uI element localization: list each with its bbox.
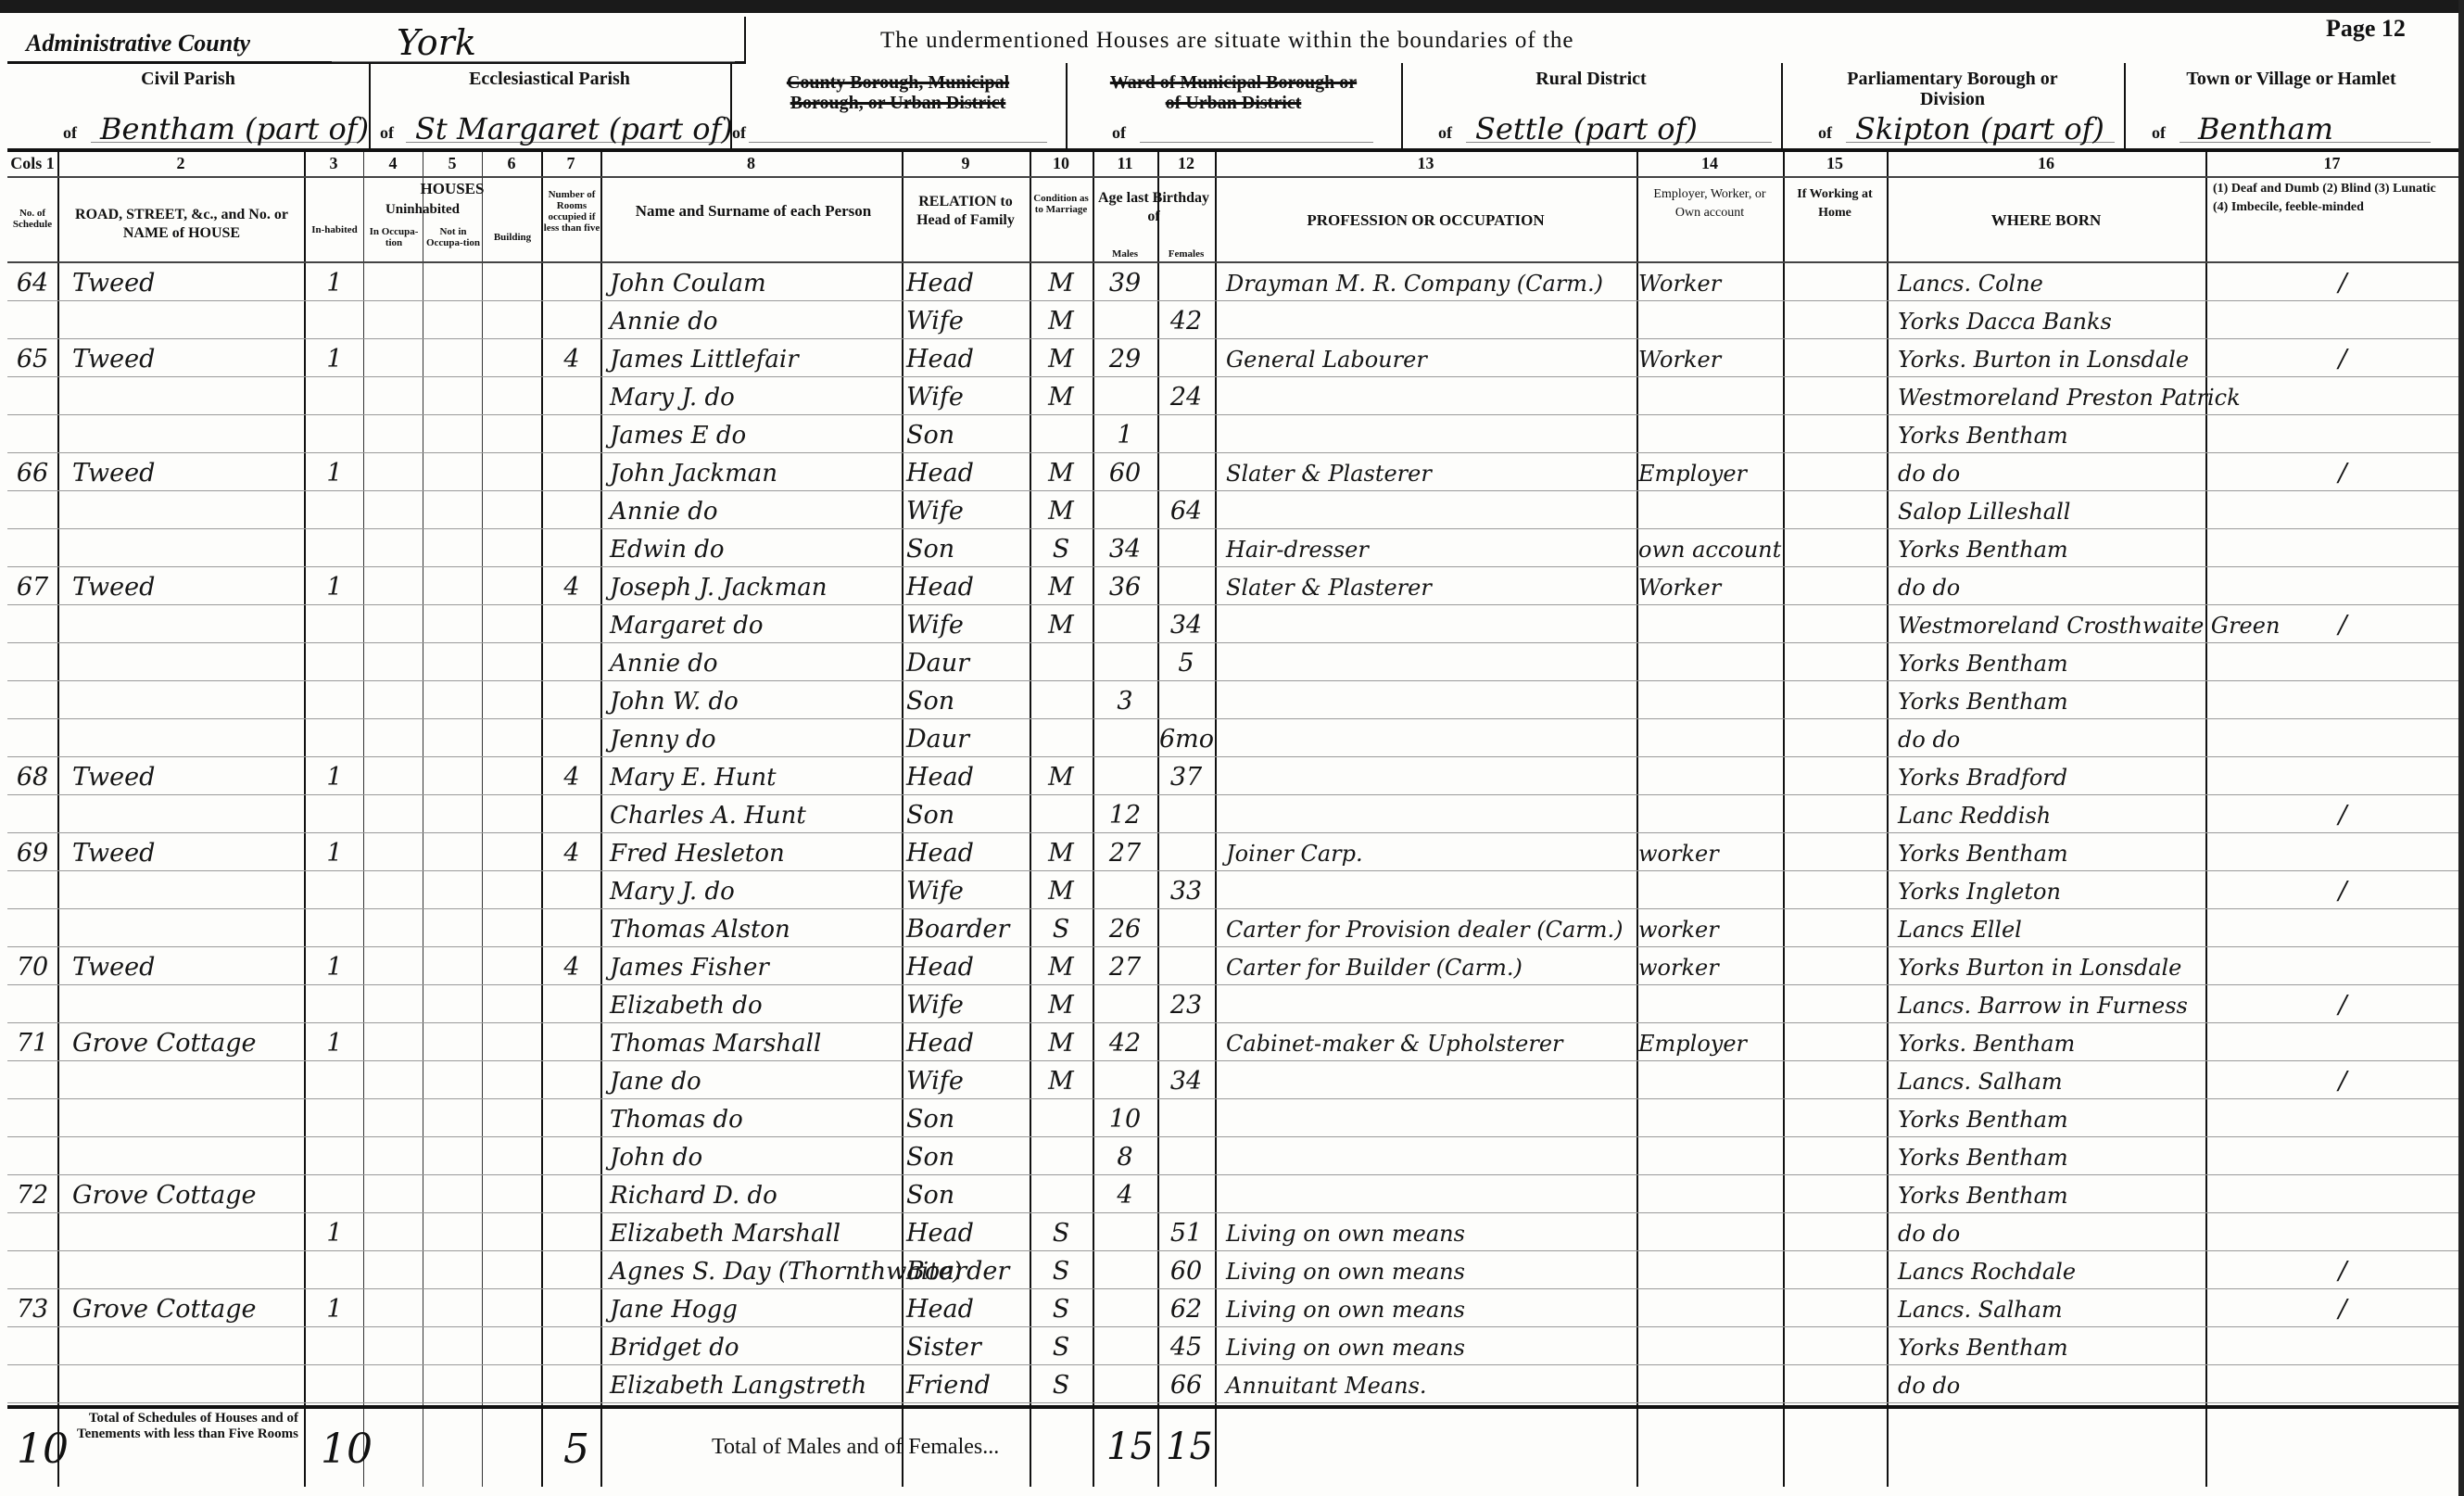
cell-born: Yorks Dacca Banks [1898, 301, 2204, 338]
cell-occupation [1226, 605, 1634, 642]
hdr-not-in-occupation: Not in Occupa-tion [424, 226, 482, 248]
cell-inhabited: 1 [306, 263, 363, 300]
cell-relation: Son [906, 1099, 1027, 1136]
cell-road: Tweed [72, 339, 304, 376]
table-row: 73Grove Cottage1Jane HoggHeadS62Living o… [7, 1289, 2458, 1327]
cell-rooms [543, 909, 600, 946]
cell-male-age [1094, 871, 1156, 908]
cell-occupation [1226, 985, 1634, 1022]
cell-schedule [9, 301, 56, 338]
cell-inhabited [306, 719, 363, 756]
cell-female-age: 64 [1159, 491, 1213, 528]
cell-inhabited: 1 [306, 453, 363, 490]
table-row: Jenny doDaur6modo do [7, 719, 2458, 757]
cell-condition: S [1031, 1213, 1091, 1250]
boundary-notice: The undermentioned Houses are situate wi… [880, 28, 1573, 54]
table-row: Annie doWifeM42Yorks Dacca Banks [7, 301, 2458, 339]
cell-employment [1638, 301, 1783, 338]
cell-name: Jane Hogg [610, 1289, 906, 1326]
cell-inhabited [306, 1365, 363, 1402]
cell-name: Agnes S. Day (Thornthwaite) [610, 1251, 906, 1288]
cell-rooms [543, 377, 600, 414]
cell-condition [1031, 1137, 1091, 1174]
cell-born: Yorks Bradford [1898, 757, 2204, 794]
cell-infirmity [2250, 377, 2435, 414]
table-row: Thomas doSon10Yorks Bentham [7, 1099, 2458, 1137]
of-label: of [1438, 123, 1452, 143]
table-row: Elizabeth LangstrethFriendS66Annuitant M… [7, 1365, 2458, 1403]
cell-road [72, 1061, 304, 1098]
cell-infirmity: / [2250, 605, 2435, 642]
cell-road [72, 643, 304, 680]
county-label: Administrative County [26, 30, 250, 57]
totals-row: 10 Total of Schedules of Houses and of T… [7, 1405, 2458, 1490]
cell-female-age [1159, 263, 1213, 300]
hdr-schedule: No. of Schedule [7, 208, 57, 230]
cell-schedule [9, 719, 56, 756]
hdr-employment: Employer, Worker, or Own account [1648, 185, 1772, 222]
area-rural-district: Rural District of Settle (part of) [1401, 63, 1783, 148]
area-title: Ecclesiastical Parish [369, 69, 730, 89]
cell-road: Tweed [72, 947, 304, 984]
hdr-age: Age last Birthday of [1093, 189, 1215, 226]
cell-road: Tweed [72, 263, 304, 300]
cell-male-age: 39 [1094, 263, 1156, 300]
cell-male-age [1094, 1327, 1156, 1364]
area-title-struck: County Borough, Municipal Borough, or Ur… [749, 72, 1047, 113]
cell-born: do do [1898, 1365, 2204, 1402]
cell-male-age: 42 [1094, 1023, 1156, 1060]
hdr-occupation: PROFESSION OR OCCUPATION [1215, 211, 1636, 230]
cell-relation: Head [906, 567, 1027, 604]
cell-relation: Wife [906, 491, 1027, 528]
cell-occupation: General Labourer [1226, 339, 1634, 376]
cell-name: Thomas do [610, 1099, 906, 1136]
cell-schedule [9, 795, 56, 832]
area-title-struck: Ward of Municipal Borough or of Urban Di… [1103, 72, 1364, 113]
cell-rooms [543, 453, 600, 490]
cell-name: Annie do [610, 643, 906, 680]
hdr-road: ROAD, STREET, &c., and No. or NAME of HO… [61, 206, 302, 243]
cell-infirmity [2250, 947, 2435, 984]
col-number: 17 [2205, 154, 2458, 173]
cell-employment [1638, 985, 1783, 1022]
cell-condition: M [1031, 301, 1091, 338]
cell-employment [1638, 795, 1783, 832]
cell-relation: Son [906, 415, 1027, 452]
cell-name: Bridget do [610, 1327, 906, 1364]
hdr-building: Building [484, 232, 541, 243]
cell-female-age [1159, 833, 1213, 870]
cell-employment [1638, 377, 1783, 414]
cell-road: Tweed [72, 567, 304, 604]
cell-employment [1638, 491, 1783, 528]
cell-employment: Worker [1638, 263, 1783, 300]
cell-inhabited [306, 1175, 363, 1212]
cell-rooms: 4 [543, 757, 600, 794]
cell-employment [1638, 1251, 1783, 1288]
cell-condition [1031, 415, 1091, 452]
cell-name: Edwin do [610, 529, 906, 566]
cell-inhabited [306, 1137, 363, 1174]
cell-rooms [543, 1023, 600, 1060]
cell-name: John Jackman [610, 453, 906, 490]
cell-male-age: 26 [1094, 909, 1156, 946]
cell-occupation: Slater & Plasterer [1226, 453, 1634, 490]
cell-relation: Friend [906, 1365, 1027, 1402]
area-county-borough: County Borough, Municipal Borough, or Ur… [730, 63, 1068, 148]
cell-relation: Head [906, 263, 1027, 300]
cell-female-age: 34 [1159, 1061, 1213, 1098]
hdr-uninhabited: Uninhabited [363, 200, 482, 219]
cell-infirmity: / [2250, 985, 2435, 1022]
cell-female-age: 45 [1159, 1327, 1213, 1364]
cell-rooms [543, 681, 600, 718]
cell-occupation [1226, 1137, 1634, 1174]
cell-female-age: 33 [1159, 871, 1213, 908]
cell-infirmity: / [2250, 453, 2435, 490]
cell-occupation [1226, 1175, 1634, 1212]
cell-occupation [1226, 795, 1634, 832]
cell-name: James Fisher [610, 947, 906, 984]
cell-born: Lancs Ellel [1898, 909, 2204, 946]
cell-road: Grove Cottage [72, 1289, 304, 1326]
cell-occupation [1226, 871, 1634, 908]
cell-rooms [543, 871, 600, 908]
cell-rooms [543, 491, 600, 528]
cell-male-age: 4 [1094, 1175, 1156, 1212]
cell-infirmity [2250, 1327, 2435, 1364]
cell-condition: M [1031, 833, 1091, 870]
cell-name: Richard D. do [610, 1175, 906, 1212]
cell-born: do do [1898, 453, 2204, 490]
cell-employment [1638, 1365, 1783, 1402]
area-value: Skipton (part of) [1855, 111, 2104, 146]
cell-occupation: Living on own means [1226, 1289, 1634, 1326]
table-row: 67Tweed14Joseph J. JackmanHeadM36Slater … [7, 567, 2458, 605]
cell-female-age [1159, 1023, 1213, 1060]
cell-condition: M [1031, 491, 1091, 528]
col-number: 6 [482, 154, 541, 173]
cell-rooms [543, 1289, 600, 1326]
cell-male-age [1094, 643, 1156, 680]
cell-condition: M [1031, 985, 1091, 1022]
cell-male-age [1094, 1251, 1156, 1288]
hdr-infirmity: (1) Deaf and Dumb (2) Blind (3) Lunatic … [2213, 180, 2454, 217]
area-ecclesiastical-parish: Ecclesiastical Parish of St Margaret (pa… [369, 63, 732, 148]
of-label: of [732, 123, 746, 143]
cell-condition [1031, 795, 1091, 832]
cell-employment [1638, 871, 1783, 908]
cell-name: James E do [610, 415, 906, 452]
cell-condition [1031, 643, 1091, 680]
cell-employment [1638, 1099, 1783, 1136]
cell-infirmity [2250, 833, 2435, 870]
cell-road [72, 985, 304, 1022]
table-row: Edwin doSonS34Hair-dresserown accountYor… [7, 529, 2458, 567]
col-number: 14 [1636, 154, 1783, 173]
cell-road [72, 491, 304, 528]
page-number: Page 12 [2326, 15, 2406, 43]
cell-inhabited: 1 [306, 833, 363, 870]
cell-inhabited [306, 643, 363, 680]
table-row: Thomas AlstonBoarderS26Carter for Provis… [7, 909, 2458, 947]
total-houses: 10 [321, 1426, 373, 1473]
cell-relation: Wife [906, 377, 1027, 414]
cell-born: Yorks Bentham [1898, 681, 2204, 718]
cell-condition [1031, 719, 1091, 756]
col-number: 3 [304, 154, 363, 173]
cell-male-age: 27 [1094, 947, 1156, 984]
cell-born: Salop Lilleshall [1898, 491, 2204, 528]
cell-name: John do [610, 1137, 906, 1174]
cell-schedule [9, 871, 56, 908]
cell-male-age [1094, 1289, 1156, 1326]
cell-inhabited [306, 415, 363, 452]
cell-name: Jenny do [610, 719, 906, 756]
cell-employment [1638, 1327, 1783, 1364]
cell-schedule [9, 377, 56, 414]
cell-inhabited: 1 [306, 757, 363, 794]
cell-occupation: Annuitant Means. [1226, 1365, 1634, 1402]
cell-employment [1638, 1289, 1783, 1326]
cell-born: Yorks. Bentham [1898, 1023, 2204, 1060]
page-top-border [0, 0, 2464, 13]
cell-schedule [9, 681, 56, 718]
page-right-border [2458, 0, 2464, 1496]
cell-road: Tweed [72, 833, 304, 870]
cell-inhabited: 1 [306, 339, 363, 376]
cell-employment: own account [1638, 529, 1783, 566]
cell-rooms [543, 1251, 600, 1288]
cell-employment: Worker [1638, 339, 1783, 376]
cell-employment: worker [1638, 947, 1783, 984]
cell-male-age: 34 [1094, 529, 1156, 566]
cell-inhabited: 1 [306, 1213, 363, 1250]
cell-born: Yorks Bentham [1898, 643, 2204, 680]
cell-relation: Son [906, 1137, 1027, 1174]
hdr-where-born: WHERE BORN [1887, 211, 2205, 230]
col-number: 10 [1030, 154, 1093, 173]
cell-infirmity [2250, 567, 2435, 604]
cell-born: Yorks Ingleton [1898, 871, 2204, 908]
cell-road: Grove Cottage [72, 1175, 304, 1212]
table-row: 70Tweed14James FisherHeadM27Carter for B… [7, 947, 2458, 985]
cell-schedule [9, 1213, 56, 1250]
cell-male-age [1094, 605, 1156, 642]
cell-male-age [1094, 1365, 1156, 1402]
cell-inhabited [306, 795, 363, 832]
cell-condition: M [1031, 947, 1091, 984]
cell-condition: M [1031, 567, 1091, 604]
cell-name: Thomas Alston [610, 909, 906, 946]
area-value: Bentham (part of) [100, 111, 369, 146]
cell-schedule: 72 [9, 1175, 56, 1212]
cell-condition: M [1031, 453, 1091, 490]
cell-infirmity: / [2250, 1289, 2435, 1326]
cell-born: Yorks Bentham [1898, 1327, 2204, 1364]
cell-rooms: 4 [543, 833, 600, 870]
cell-occupation: Slater & Plasterer [1226, 567, 1634, 604]
table-row: 68Tweed14Mary E. HuntHeadM37Yorks Bradfo… [7, 757, 2458, 795]
cell-female-age [1159, 453, 1213, 490]
cell-relation: Head [906, 1023, 1027, 1060]
col-number: 12 [1157, 154, 1215, 173]
hdr-at-home: If Working at Home [1787, 185, 1883, 222]
cell-rooms [543, 529, 600, 566]
column-number-rule [7, 176, 2458, 178]
cell-relation: Daur [906, 719, 1027, 756]
cell-female-age [1159, 339, 1213, 376]
table-row: 72Grove CottageRichard D. doSon4Yorks Be… [7, 1175, 2458, 1213]
cell-schedule [9, 529, 56, 566]
cell-occupation [1226, 415, 1634, 452]
cell-rooms: 4 [543, 567, 600, 604]
cell-employment [1638, 1061, 1783, 1098]
cell-infirmity [2250, 643, 2435, 680]
total-schedules: 10 [17, 1426, 69, 1473]
cell-road [72, 415, 304, 452]
area-title: Civil Parish [7, 69, 369, 89]
cell-infirmity [2250, 1213, 2435, 1250]
cell-schedule: 66 [9, 453, 56, 490]
cell-relation: Son [906, 529, 1027, 566]
cell-relation: Head [906, 453, 1027, 490]
cell-condition: M [1031, 339, 1091, 376]
cell-male-age: 36 [1094, 567, 1156, 604]
cell-schedule: 73 [9, 1289, 56, 1326]
area-title: Town or Village or Hamlet [2124, 69, 2458, 89]
table-row: 71Grove Cottage1Thomas MarshallHeadM42Ca… [7, 1023, 2458, 1061]
cell-occupation: Living on own means [1226, 1213, 1634, 1250]
table-row: Bridget doSisterS45Living on own meansYo… [7, 1327, 2458, 1365]
cell-inhabited [306, 681, 363, 718]
cell-born: Yorks Bentham [1898, 1175, 2204, 1212]
cell-male-age: 1 [1094, 415, 1156, 452]
cell-infirmity [2250, 301, 2435, 338]
cell-condition [1031, 1099, 1091, 1136]
cell-inhabited [306, 491, 363, 528]
table-row: Annie doWifeM64Salop Lilleshall [7, 491, 2458, 529]
cell-relation: Head [906, 757, 1027, 794]
cell-relation: Wife [906, 301, 1027, 338]
area-civil-parish: Civil Parish of Bentham (part of) [7, 63, 371, 148]
cell-name: John Coulam [610, 263, 906, 300]
cell-male-age: 27 [1094, 833, 1156, 870]
hdr-males: Males [1093, 248, 1157, 260]
hdr-inhabited: In-habited [306, 224, 363, 235]
cell-name: John W. do [610, 681, 906, 718]
cell-rooms [543, 795, 600, 832]
cell-employment [1638, 415, 1783, 452]
cell-born: Lancs. Colne [1898, 263, 2204, 300]
cell-infirmity: / [2250, 1251, 2435, 1288]
hdr-relation: RELATION to Head of Family [902, 193, 1030, 230]
cell-female-age: 24 [1159, 377, 1213, 414]
cell-name: Mary J. do [610, 377, 906, 414]
cell-female-age [1159, 1175, 1213, 1212]
cell-inhabited [306, 909, 363, 946]
cell-infirmity [2250, 1099, 2435, 1136]
col-number: 8 [600, 154, 902, 173]
census-page: Administrative County York The underment… [0, 0, 2464, 1496]
of-label: of [380, 123, 394, 143]
cell-male-age [1094, 1213, 1156, 1250]
cell-rooms [543, 1175, 600, 1212]
cell-schedule [9, 415, 56, 452]
cell-condition: M [1031, 871, 1091, 908]
cell-female-age [1159, 529, 1213, 566]
total-males-females-label: Total of Males and of Females... [712, 1435, 999, 1460]
cell-born: Lancs. Barrow in Furness [1898, 985, 2204, 1022]
cell-relation: Head [906, 947, 1027, 984]
cell-born: Yorks Bentham [1898, 415, 2204, 452]
cell-rooms [543, 263, 600, 300]
table-row: James E doSon1Yorks Bentham [7, 415, 2458, 453]
cell-female-age: 62 [1159, 1289, 1213, 1326]
cell-female-age [1159, 681, 1213, 718]
cell-female-age [1159, 947, 1213, 984]
cell-schedule [9, 1327, 56, 1364]
cell-relation: Wife [906, 985, 1027, 1022]
cell-name: Joseph J. Jackman [610, 567, 906, 604]
cell-employment [1638, 643, 1783, 680]
cell-road [72, 1099, 304, 1136]
cell-occupation [1226, 1099, 1634, 1136]
cell-relation: Boarder [906, 909, 1027, 946]
cell-occupation [1226, 1061, 1634, 1098]
administrative-county: Administrative County York [7, 17, 746, 64]
of-label: of [63, 123, 77, 143]
cell-rooms [543, 605, 600, 642]
cell-inhabited [306, 377, 363, 414]
cell-condition: S [1031, 909, 1091, 946]
hdr-in-occupation: In Occupa-tion [365, 226, 423, 248]
cell-occupation: Joiner Carp. [1226, 833, 1634, 870]
cell-born: Yorks. Burton in Lonsdale [1898, 339, 2204, 376]
cell-relation: Wife [906, 871, 1027, 908]
cell-name: Annie do [610, 301, 906, 338]
cell-condition: M [1031, 377, 1091, 414]
cell-infirmity [2250, 909, 2435, 946]
cell-road [72, 301, 304, 338]
cell-born: Yorks Bentham [1898, 529, 2204, 566]
cell-rooms [543, 1137, 600, 1174]
cell-female-age: 60 [1159, 1251, 1213, 1288]
cell-rooms [543, 719, 600, 756]
cell-employment: worker [1638, 833, 1783, 870]
total-females: 15 [1166, 1426, 1213, 1468]
cell-female-age [1159, 1137, 1213, 1174]
cell-born: Lancs. Salham [1898, 1289, 2204, 1326]
table-row: Margaret doWifeM34Westmoreland Crosthwai… [7, 605, 2458, 643]
cell-schedule: 69 [9, 833, 56, 870]
cell-inhabited: 1 [306, 1023, 363, 1060]
cell-inhabited [306, 1099, 363, 1136]
cell-born: Lancs Rochdale [1898, 1251, 2204, 1288]
cell-condition: S [1031, 1327, 1091, 1364]
area-value: Bentham [2198, 111, 2333, 146]
cell-born: Lancs. Salham [1898, 1061, 2204, 1098]
cell-male-age [1094, 757, 1156, 794]
cell-male-age: 3 [1094, 681, 1156, 718]
cell-born: Yorks Burton in Lonsdale [1898, 947, 2204, 984]
cell-occupation: Carter for Provision dealer (Carm.) [1226, 909, 1634, 946]
cell-rooms: 4 [543, 947, 600, 984]
cell-infirmity [2250, 719, 2435, 756]
cell-schedule: 67 [9, 567, 56, 604]
cell-name: Mary E. Hunt [610, 757, 906, 794]
